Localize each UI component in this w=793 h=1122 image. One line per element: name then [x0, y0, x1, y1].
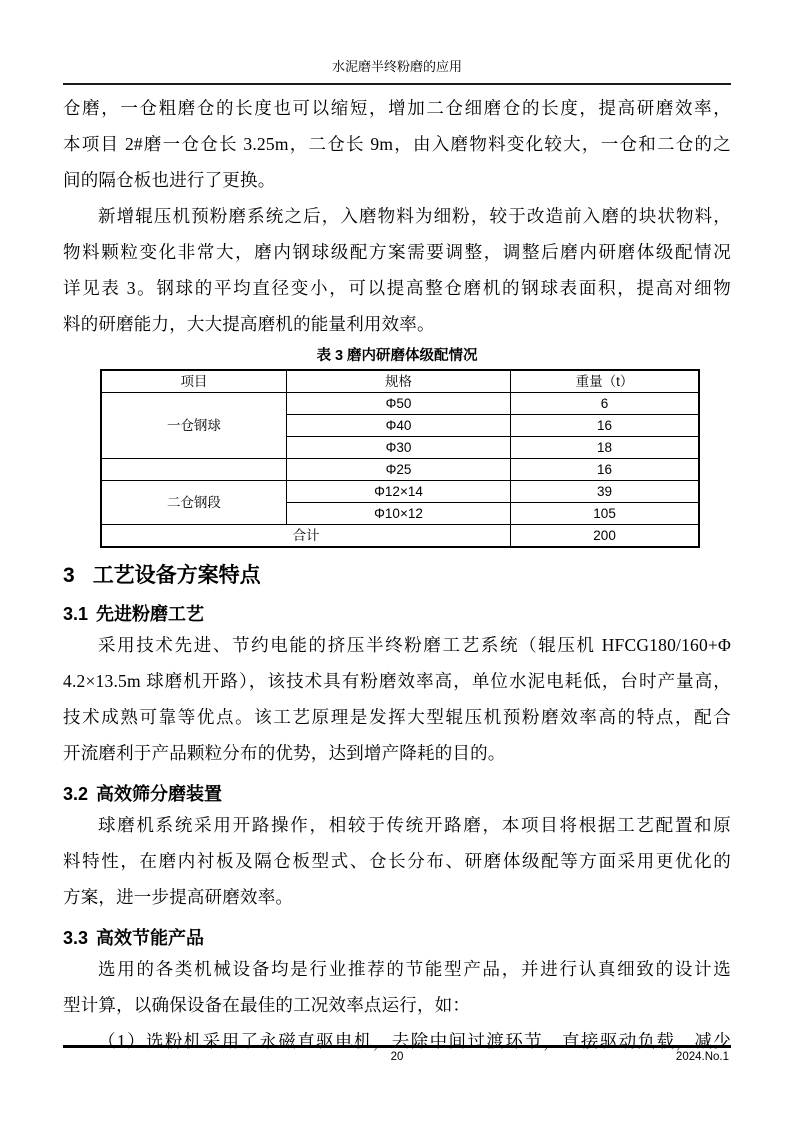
page-number: 20: [63, 1051, 731, 1063]
paragraph-s32: 球磨机系统采用开路操作，相较于传统开路磨，本项目将根据工艺配置和原 料特性，在磨…: [63, 807, 731, 915]
paragraph-line: 选用的各类机械设备均是行业推荐的节能型产品，并进行认真细致的设计选: [63, 951, 731, 987]
weight-cell: 6: [511, 393, 699, 415]
weight-cell: 16: [511, 459, 699, 481]
spec-cell: Φ50: [286, 393, 510, 415]
column-header-item: 项目: [101, 370, 286, 393]
total-label-cell: 合计: [101, 525, 511, 548]
section-title: 工艺设备方案特点: [93, 564, 261, 587]
spec-cell: Φ30: [286, 437, 510, 459]
paragraph-line: 料特性，在磨内衬板及隔仓板型式、仓长分布、研磨体级配等方面采用更优化的: [63, 843, 731, 879]
weight-cell: 18: [511, 437, 699, 459]
page-content: 仓磨，一仓粗磨仓的长度也可以缩短，增加二仓细磨仓的长度，提高研磨效率， 本项目 …: [63, 90, 731, 1059]
table-header-row: 项目 规格 重量（t）: [101, 370, 699, 393]
paragraph-line: 型计算，以确保设备在最佳的工况效率点运行，如：: [63, 987, 731, 1023]
paragraph-continued: 仓磨，一仓粗磨仓的长度也可以缩短，增加二仓细磨仓的长度，提高研磨效率， 本项目 …: [63, 90, 731, 198]
header-title: 水泥磨半终粉磨的应用: [332, 59, 462, 74]
paragraph-line: 方案，进一步提高研磨效率。: [63, 879, 731, 915]
paragraph-line: 球磨机系统采用开路操作，相较于传统开路磨，本项目将根据工艺配置和原: [63, 807, 731, 843]
paragraph-line: 详见表 3。钢球的平均直径变小，可以提高整仓磨机的钢球表面积，提高对细物: [63, 270, 731, 306]
section-heading-3-3: 3.3高效节能产品: [63, 925, 731, 951]
weight-cell: 16: [511, 415, 699, 437]
document-page: 水泥磨半终粉磨的应用 仓磨，一仓粗磨仓的长度也可以缩短，增加二仓细磨仓的长度，提…: [0, 0, 793, 1122]
page-footer: 20 2024.No.1: [63, 1045, 731, 1069]
table-row: 一仓钢球 Φ50 6: [101, 393, 699, 415]
page-header: 水泥磨半终粉磨的应用: [63, 57, 731, 85]
table-caption: 表 3 磨内研磨体级配情况: [63, 346, 731, 366]
paragraph-line: 仓磨，一仓粗磨仓的长度也可以缩短，增加二仓细磨仓的长度，提高研磨效率，: [63, 90, 731, 126]
spec-cell: Φ40: [286, 415, 510, 437]
paragraph-s33: 选用的各类机械设备均是行业推荐的节能型产品，并进行认真细致的设计选 型计算，以确…: [63, 951, 731, 1023]
column-header-spec: 规格: [286, 370, 510, 393]
item-cell-chamber1: 一仓钢球: [101, 393, 286, 459]
total-value-cell: 200: [511, 525, 699, 548]
paragraph-ball-gradation: 新增辊压机预粉磨系统之后，入磨物料为细粉，较于改造前入磨的块状物料， 物料颗粒变…: [63, 198, 731, 342]
paragraph-line: 4.2×13.5m 球磨机开路），该技术具有粉磨效率高，单位水泥电耗低，台时产量…: [63, 663, 731, 699]
paragraph-line: 采用技术先进、节约电能的挤压半终粉磨工艺系统（辊压机 HFCG180/160+Φ: [63, 627, 731, 663]
item-cell-chamber2: 二仓钢段: [101, 481, 286, 525]
section-title: 高效筛分磨装置: [96, 784, 222, 804]
section-number: 3.3: [63, 928, 88, 948]
paragraph-line: 开流磨利于产品颗粒分布的优势，达到增产降耗的目的。: [63, 735, 731, 771]
paragraph-line: 新增辊压机预粉磨系统之后，入磨物料为细粉，较于改造前入磨的块状物料，: [63, 198, 731, 234]
column-header-weight: 重量（t）: [511, 370, 699, 393]
table-total-row: 合计 200: [101, 525, 699, 548]
section-heading-3-2: 3.2高效筛分磨装置: [63, 781, 731, 807]
weight-cell: 39: [511, 481, 699, 503]
grinding-media-table: 项目 规格 重量（t） 一仓钢球 Φ50 6 Φ40 16 Φ30 18 Φ25…: [100, 369, 700, 548]
table-row: 二仓钢段 Φ12×14 39: [101, 481, 699, 503]
footer-rule: [63, 1045, 731, 1048]
section-heading-3: 3工艺设备方案特点: [63, 561, 731, 591]
paragraph-line: 间的隔仓板也进行了更换。: [63, 162, 731, 198]
paragraph-line: 料的研磨能力，大大提高磨机的能量利用效率。: [63, 306, 731, 342]
spec-cell: Φ12×14: [286, 481, 510, 503]
section-title: 高效节能产品: [96, 928, 204, 948]
issue-number: 2024.No.1: [676, 1051, 729, 1063]
item-cell-empty: [101, 459, 286, 481]
paragraph-line: 本项目 2#磨一仓仓长 3.25m，二仓长 9m，由入磨物料变化较大，一仓和二仓…: [63, 126, 731, 162]
spec-cell: Φ25: [286, 459, 510, 481]
paragraph-s31: 采用技术先进、节约电能的挤压半终粉磨工艺系统（辊压机 HFCG180/160+Φ…: [63, 627, 731, 771]
section-heading-3-1: 3.1先进粉磨工艺: [63, 601, 731, 627]
section-number: 3.1: [63, 604, 88, 624]
paragraph-line: 技术成熟可靠等优点。该工艺原理是发挥大型辊压机预粉磨效率高的特点，配合: [63, 699, 731, 735]
spec-cell: Φ10×12: [286, 503, 510, 525]
table-row: Φ25 16: [101, 459, 699, 481]
section-number: 3: [63, 564, 75, 587]
section-number: 3.2: [63, 784, 88, 804]
weight-cell: 105: [511, 503, 699, 525]
section-title: 先进粉磨工艺: [96, 604, 204, 624]
paragraph-line: 物料颗粒变化非常大，磨内钢球级配方案需要调整，调整后磨内研磨体级配情况: [63, 234, 731, 270]
